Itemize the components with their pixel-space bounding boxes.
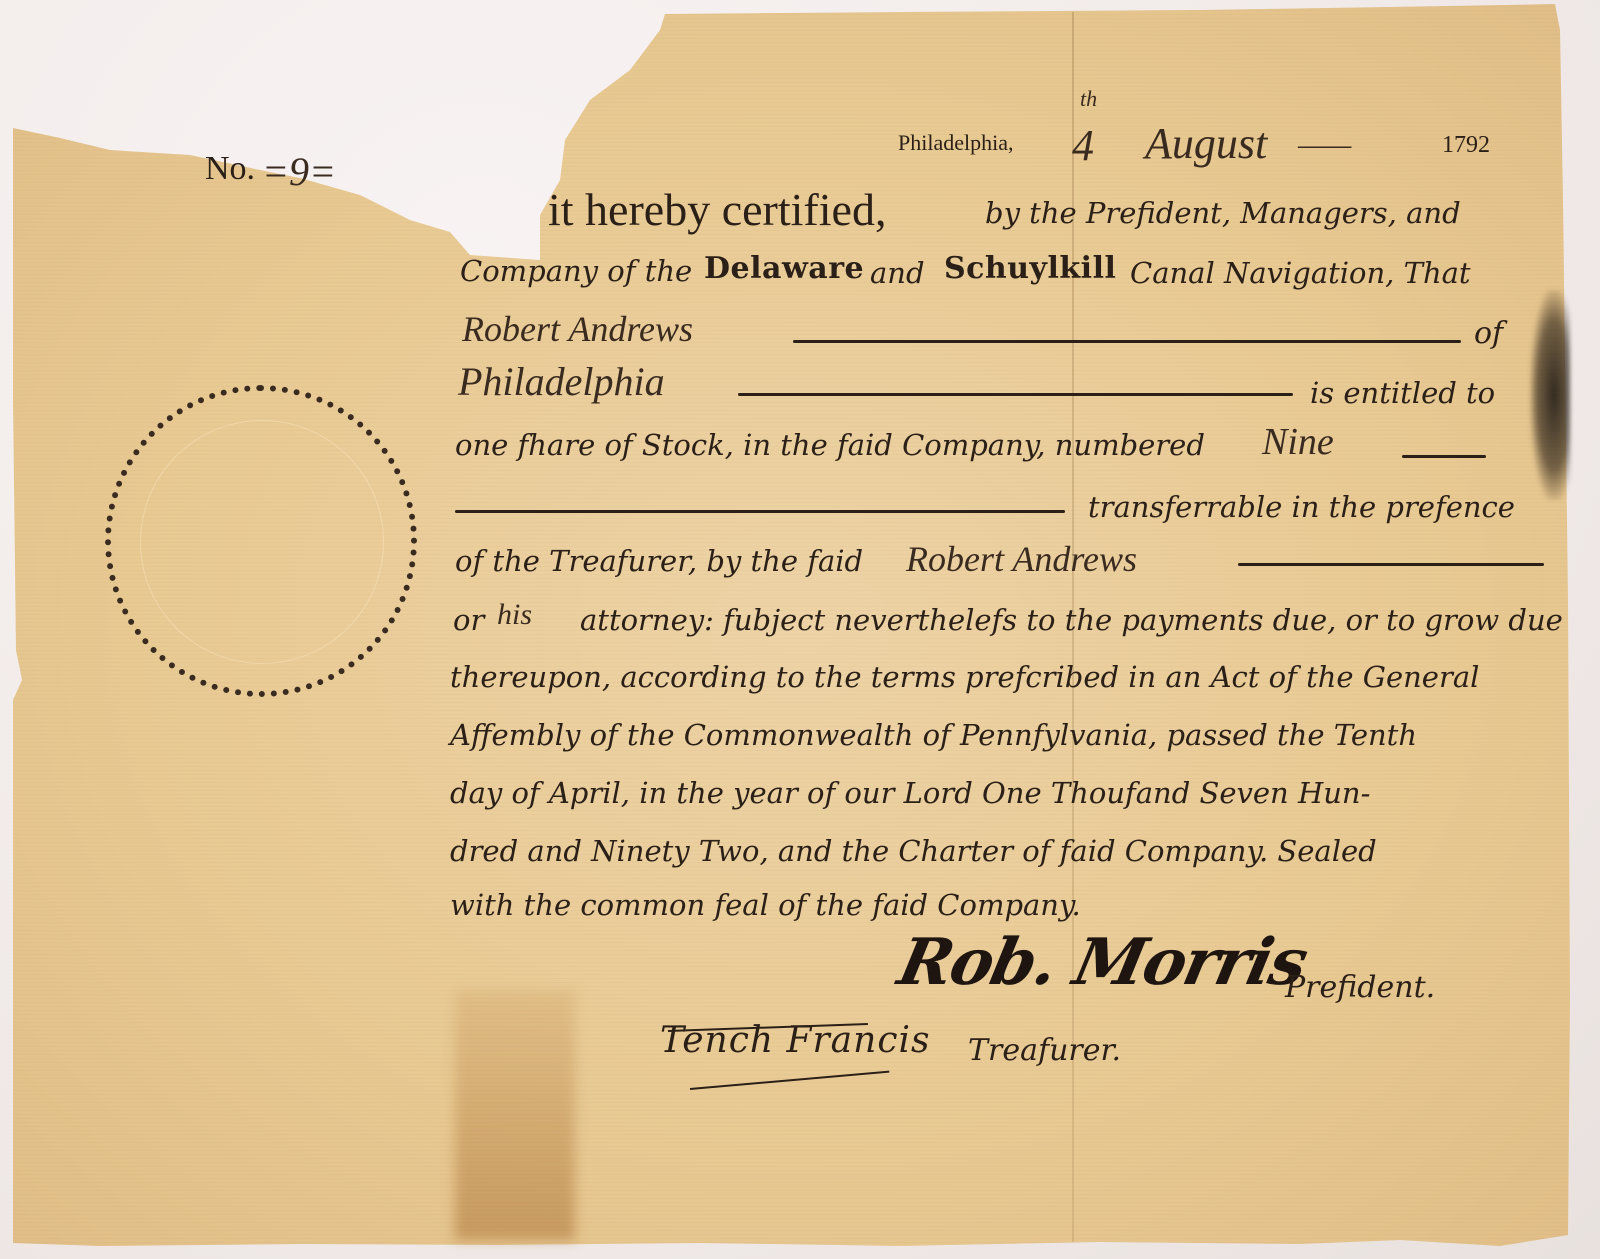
holder-place-field: Philadelphia xyxy=(458,358,665,405)
company-name-delaware: Delaware xyxy=(704,251,864,286)
body-line-2-and: and xyxy=(870,256,925,290)
date-dash: —— xyxy=(1298,128,1351,162)
body-line-8-or: or xyxy=(453,603,484,637)
body-line-1: by the Prefident, Managers, and xyxy=(985,196,1461,230)
certificate-number-label: No. xyxy=(205,150,255,188)
body-line-12: dred and Ninety Two, and the Charter of … xyxy=(450,834,1377,868)
president-title: Prefident. xyxy=(1285,970,1435,1005)
date-year: 1792 xyxy=(1442,132,1490,159)
body-line-11: day of April, in the year of our Lord On… xyxy=(450,776,1370,810)
date-day: 4 xyxy=(1072,120,1094,171)
fill-line xyxy=(1402,455,1486,458)
share-number-field: Nine xyxy=(1262,420,1334,464)
ink-blot xyxy=(1530,290,1570,500)
treasurer-title: Treafurer. xyxy=(968,1033,1121,1068)
body-line-9: thereupon, according to the terms prefcr… xyxy=(450,660,1479,694)
body-line-4-end: is entitled to xyxy=(1310,376,1495,410)
fill-line xyxy=(1238,563,1544,566)
pronoun-field: his xyxy=(497,598,532,632)
body-line-2-a: Company of the xyxy=(460,254,692,288)
water-stain xyxy=(455,990,575,1240)
fill-line xyxy=(738,393,1293,396)
body-line-6: transferrable in the prefence xyxy=(1088,490,1515,524)
place-printed: Philadelphia, xyxy=(898,130,1013,156)
date-day-suffix: th xyxy=(1080,86,1097,112)
body-line-8: attorney: fubject neverthelefs to the pa… xyxy=(580,603,1563,637)
body-line-10: Affembly of the Commonwealth of Pennfylv… xyxy=(450,718,1417,752)
certificate-number-value: =9= xyxy=(262,148,336,195)
fill-line xyxy=(793,340,1461,343)
fill-line xyxy=(455,510,1065,513)
body-line-7: of the Treafurer, by the faid xyxy=(455,544,863,578)
president-signature: Rob. Morris xyxy=(892,925,1312,1000)
date-month: August xyxy=(1145,118,1267,169)
company-name-schuylkill: Schuylkill xyxy=(944,251,1116,286)
holder-name-field: Robert Andrews xyxy=(462,308,693,350)
embossed-seal xyxy=(140,420,384,664)
body-line-13: with the common feal of the faid Company… xyxy=(450,888,1081,922)
body-line-5: one fhare of Stock, in the faid Company,… xyxy=(455,428,1205,462)
body-line-3-end: of xyxy=(1474,316,1503,351)
certified-heading: it hereby certified, xyxy=(548,183,886,236)
body-line-2-b: Canal Navigation, That xyxy=(1130,256,1471,290)
holder-name-repeat-field: Robert Andrews xyxy=(906,538,1137,580)
